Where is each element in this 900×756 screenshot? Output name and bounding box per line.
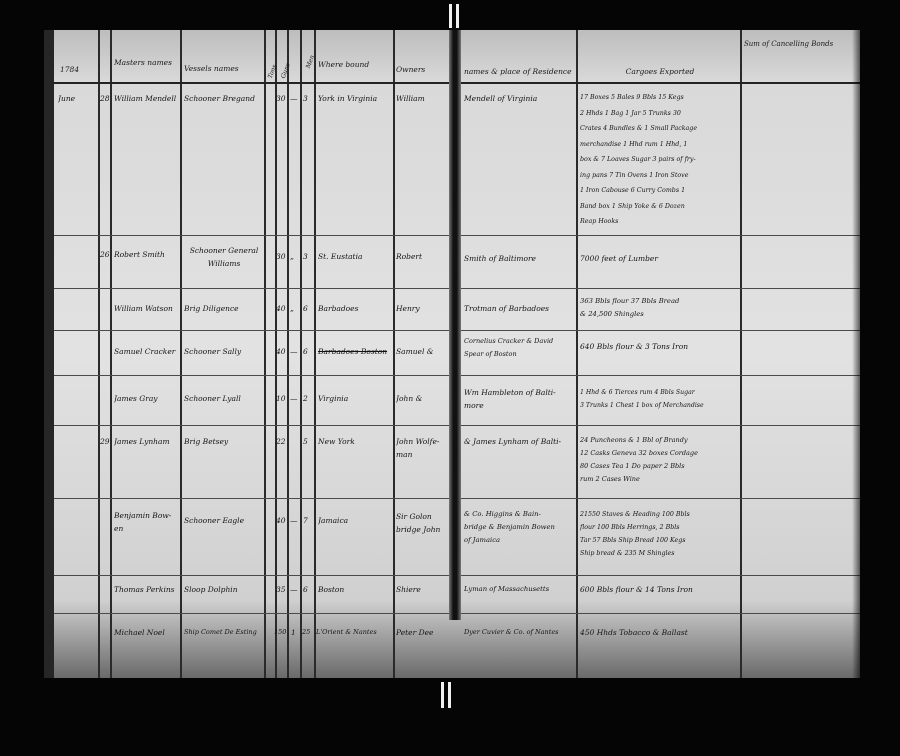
row-cargo: 600 Bbls flour & 14 Tons Iron (580, 583, 740, 596)
row-vessel: Brig Betsey (184, 435, 264, 448)
row-where-bound: L'Orient & Nantes (316, 626, 394, 639)
row-master: William Watson (114, 302, 180, 315)
row-owners: Peter Dee (396, 626, 454, 639)
row-names-places: & Co. Higgins & Bain- bridge & Benjamin … (464, 508, 576, 547)
row-master: Michael Noel (114, 626, 180, 639)
row-day: 28 (100, 92, 110, 105)
book-gutter (449, 30, 461, 620)
row-vessel: Schooner Sally (184, 345, 264, 358)
row-owners: Henry (396, 302, 454, 315)
row-master: William Mendell (114, 92, 180, 105)
row-master: Robert Smith (114, 248, 180, 261)
row-cargo: 450 Hhds Tobacco & Ballast (580, 626, 740, 639)
header-cargoes-exported: Cargoes Exported (580, 65, 740, 78)
row-tons: 35 (276, 583, 288, 596)
row-owners: William (396, 92, 454, 105)
row-men: 6 (303, 302, 313, 315)
row-men: 3 (303, 250, 313, 263)
header-names-places: names & place of Residence (464, 65, 576, 78)
row-vessel: Schooner General Williams (184, 244, 264, 270)
row-where-bound: Barbadoes Boston (318, 345, 393, 358)
row-where-bound: York in Virginia (318, 92, 393, 105)
row-where-bound: St. Eustatia (318, 250, 393, 263)
row-where-bound: Jamaica (318, 514, 393, 527)
header-guns: Guns (277, 61, 295, 80)
row-names-places: Lyman of Massachusetts (464, 583, 576, 596)
row-owners: Samuel & (396, 345, 454, 358)
row-cargo: 7000 feet of Lumber (580, 252, 740, 265)
row-cargo: 640 Bbls flour & 3 Tons Iron (580, 340, 740, 353)
row-cargo: 17 Boxes 5 Bales 9 Bbls 15 Kegs 2 Hhds 1… (580, 90, 740, 230)
header-vessels-names: Vessels names (184, 62, 264, 75)
row-men: 3 (303, 92, 313, 105)
row-vessel: Schooner Lyall (184, 392, 264, 405)
row-men: 7 (303, 514, 313, 527)
row-guns: — (290, 392, 300, 405)
row-owners: Shiere (396, 583, 454, 596)
row-tons: 22 (276, 435, 288, 448)
row-guns: „ (290, 302, 300, 315)
row-where-bound: Boston (318, 583, 393, 596)
row-vessel: Schooner Bregand (184, 92, 264, 105)
row-tons: 40 (276, 514, 288, 527)
row-where-bound: New York (318, 435, 393, 448)
header-owners: Owners (396, 63, 452, 76)
row-names-places: Trotman of Barbadoes (464, 302, 576, 315)
row-guns: „ (290, 250, 300, 263)
binding-marker-bottom-right (448, 682, 451, 708)
row-tons: 150 (274, 626, 288, 639)
row-owners: Robert (396, 250, 454, 263)
header-where-bound: Where bound (318, 58, 390, 71)
header-sum-cancelling-bonds: Sum of Cancelling Bonds (744, 38, 852, 51)
row-owners: John & (396, 392, 454, 405)
row-cargo: 21550 Staves & Heading 100 Bbls flour 10… (580, 508, 740, 560)
row-men: 5 (303, 435, 313, 448)
row-men: 2 (303, 392, 313, 405)
row-vessel: Schooner Eagle (184, 514, 264, 527)
row-guns: — (290, 345, 300, 358)
row-men: 6 (303, 583, 313, 596)
header-men: Men (302, 53, 319, 70)
ledger-left-page: 1784 Masters names Vessels names Tons Gu… (44, 30, 456, 678)
row-day: 26 (100, 248, 110, 261)
binding-marker-bottom-left (441, 682, 444, 708)
row-guns: — (290, 514, 300, 527)
row-cargo: 1 Hhd & 6 Tierces rum 4 Bbls Sugar 3 Tru… (580, 386, 740, 412)
row-tons: 40 (276, 345, 288, 358)
row-names-places: & James Lynham of Balti- (464, 435, 576, 448)
row-cargo: 363 Bbls flour 37 Bbls Bread & 24,500 Sh… (580, 295, 740, 321)
row-day: 29 (100, 435, 110, 448)
row-where-bound: Virginia (318, 392, 393, 405)
row-master: Thomas Perkins (114, 583, 180, 596)
row-owners: John Wolfe- man (396, 435, 454, 461)
ledger-right-page: names & place of Residence Cargoes Expor… (456, 30, 860, 678)
row-month: June (58, 92, 96, 105)
row-tons: 10 (276, 392, 288, 405)
row-cargo: 24 Puncheons & 1 Bbl of Brandy 12 Casks … (580, 434, 740, 486)
row-names-places: Mendell of Virginia (464, 92, 576, 105)
row-tons: 30 (276, 250, 288, 263)
header-masters-names: Masters names (114, 56, 180, 69)
row-master: James Gray (114, 392, 180, 405)
row-vessel: Ship Comet De Esting (184, 626, 266, 639)
row-men: 25 (302, 626, 314, 639)
row-names-places: Cornelius Cracker & David Spear of Bosto… (464, 335, 576, 361)
row-men: 6 (303, 345, 313, 358)
header-year: 1784 (60, 63, 96, 76)
row-where-bound: Barbadoes (318, 302, 393, 315)
ledger-spread: 1784 Masters names Vessels names Tons Gu… (44, 30, 860, 678)
row-names-places: Smith of Baltimore (464, 252, 576, 265)
row-tons: 30 (276, 92, 288, 105)
row-names-places: Wm Hambleton of Balti- more (464, 386, 576, 412)
row-vessel: Brig Diligence (184, 302, 264, 315)
row-master: James Lynham (114, 435, 180, 448)
row-guns: 1 (291, 626, 301, 639)
row-master: Benjamin Bow- en (114, 509, 180, 535)
row-owners: Sir Golon bridge John (396, 510, 454, 536)
row-tons: 40 (276, 302, 288, 315)
binding-marker-top-left (449, 4, 452, 28)
row-names-places: Dyer Cuvier & Co. of Nantes (464, 626, 578, 639)
binding-marker-top-right (456, 4, 459, 28)
row-guns: — (290, 92, 300, 105)
row-master: Samuel Cracker (114, 345, 180, 358)
row-vessel: Sloop Dolphin (184, 583, 264, 596)
row-guns: — (290, 583, 300, 596)
